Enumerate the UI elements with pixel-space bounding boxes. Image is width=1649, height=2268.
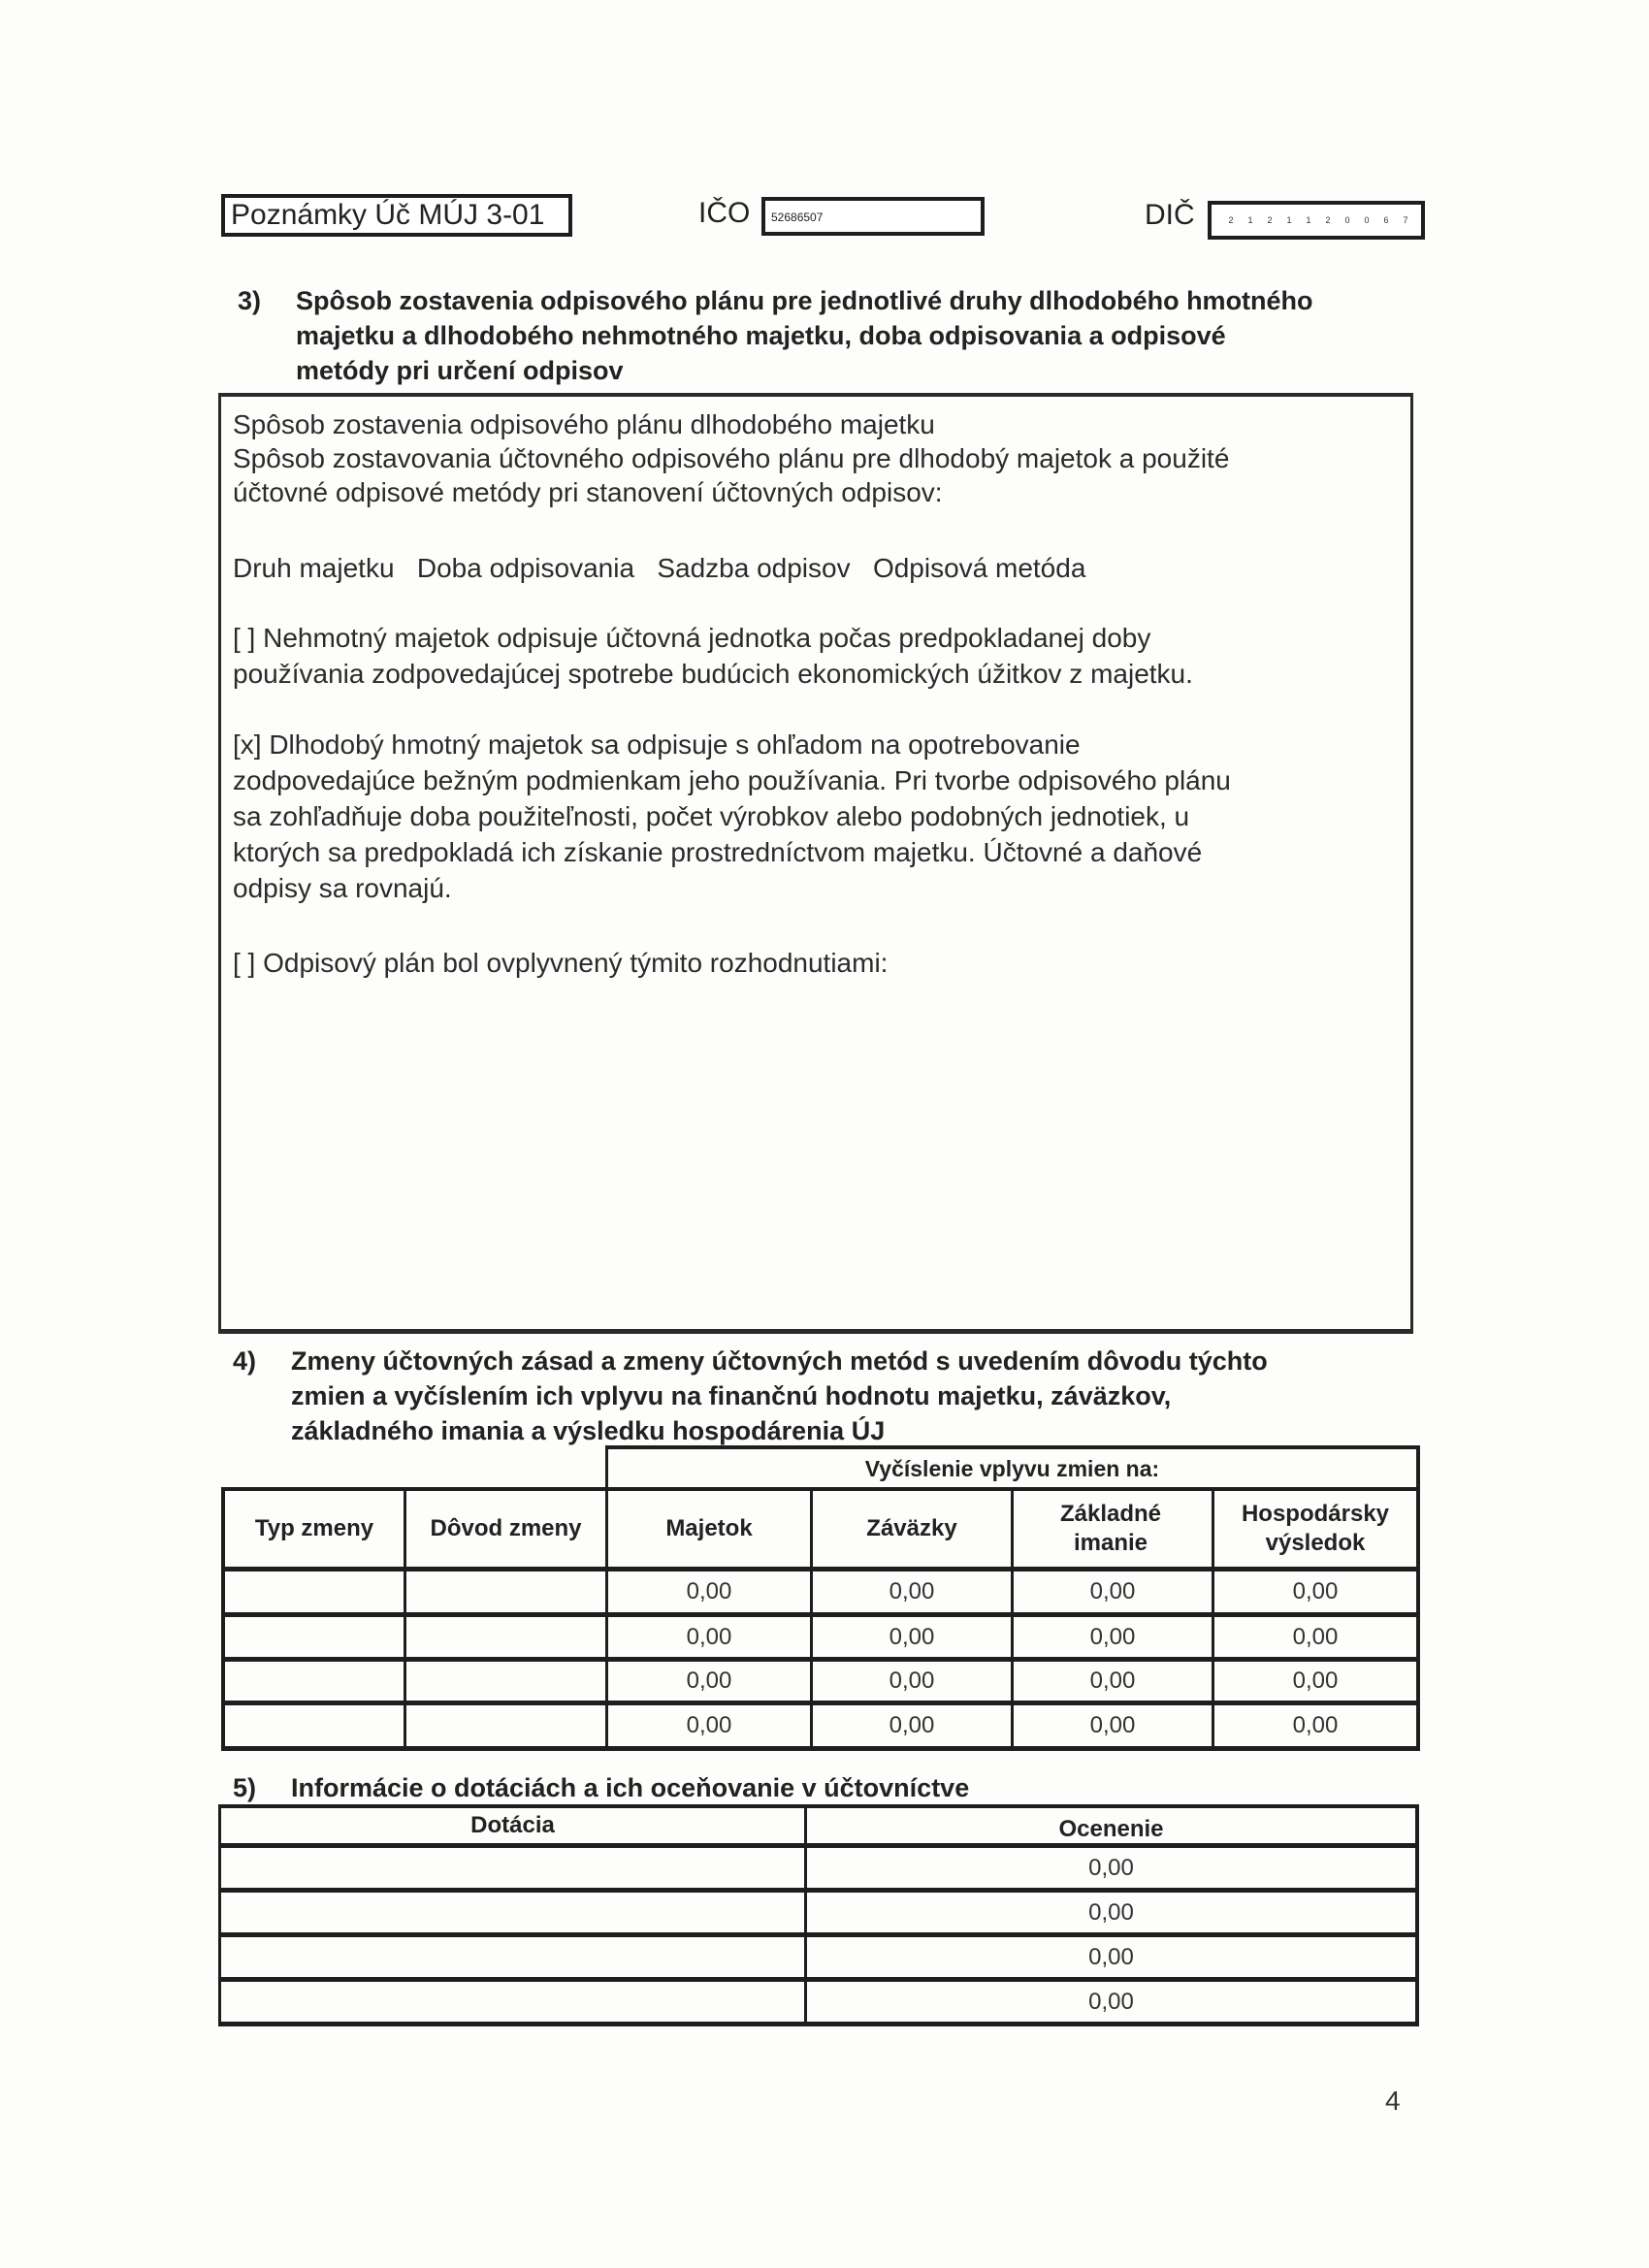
option-line: [ ] Odpisový plán bol ovplyvnený týmito …	[233, 945, 888, 981]
cell-reason[interactable]	[406, 1705, 605, 1746]
cell-reason[interactable]	[406, 1662, 605, 1701]
cell-result[interactable]: 0,00	[1214, 1705, 1416, 1746]
cell-assets[interactable]: 0,00	[608, 1617, 810, 1657]
cell-assets[interactable]: 0,00	[608, 1662, 810, 1701]
heading-line: metódy pri určení odpisov	[296, 353, 1313, 388]
page-number: 4	[1385, 2086, 1401, 2117]
cell-capital[interactable]: 0,00	[1014, 1617, 1212, 1657]
box-line: účtovné odpisové metódy pri stanovení úč…	[233, 474, 943, 510]
cell-liabilities[interactable]: 0,00	[813, 1571, 1011, 1612]
option-intangible[interactable]: [ ] Nehmotný majetok odpisuje účtovná je…	[233, 620, 1193, 692]
cell-capital[interactable]: 0,00	[1014, 1705, 1212, 1746]
heading-line: zmien a vyčíslením ich vplyvu na finančn…	[291, 1378, 1268, 1413]
option-decisions[interactable]: [ ] Odpisový plán bol ovplyvnený týmito …	[233, 945, 888, 981]
dic-digit: 0	[1357, 205, 1376, 236]
cell-type[interactable]	[225, 1617, 404, 1657]
depreciation-plan-box: Spôsob zostavenia odpisového plánu dlhod…	[218, 393, 1413, 1334]
dic-digit: 2	[1318, 205, 1338, 236]
dic-digit: 2	[1221, 205, 1241, 236]
cell-type[interactable]	[225, 1662, 404, 1701]
cell-subsidy[interactable]	[221, 1982, 804, 2022]
col-header-result: Hospodársky výsledok	[1214, 1491, 1416, 1567]
cell-result[interactable]: 0,00	[1214, 1662, 1416, 1701]
option-line: odpisy sa rovnajú.	[233, 870, 1231, 906]
cell-valuation[interactable]: 0,00	[807, 1937, 1415, 1977]
dic-digit: 6	[1376, 205, 1396, 236]
dic-field[interactable]: 2121120067	[1208, 201, 1425, 240]
heading-line: Spôsob zostavenia odpisového plánu pre j…	[296, 283, 1313, 318]
ico-value: 52686507	[771, 211, 823, 224]
option-tangible[interactable]: [x] Dlhodobý hmotný majetok sa odpisuje …	[233, 727, 1231, 906]
dic-digit: 1	[1299, 205, 1318, 236]
option-line: [ ] Nehmotný majetok odpisuje účtovná je…	[233, 620, 1193, 656]
cell-subsidy[interactable]	[221, 1893, 804, 1932]
cell-type[interactable]	[225, 1571, 404, 1612]
dic-digit: 7	[1396, 205, 1415, 236]
heading-line: Informácie o dotáciách a ich oceňovanie …	[291, 1770, 969, 1805]
form-title: Poznámky Úč MÚJ 3-01	[231, 199, 544, 231]
heading-line: Zmeny účtovných zásad a zmeny účtovných …	[291, 1344, 1268, 1378]
dic-digit: 1	[1241, 205, 1260, 236]
cell-subsidy[interactable]	[221, 1848, 804, 1888]
cell-assets[interactable]: 0,00	[608, 1705, 810, 1746]
cell-valuation[interactable]: 0,00	[807, 1848, 1415, 1888]
option-line: používania zodpovedajúcej spotrebe budúc…	[233, 656, 1193, 692]
cell-type[interactable]	[225, 1705, 404, 1746]
dic-digit: 1	[1279, 205, 1299, 236]
cell-assets[interactable]: 0,00	[608, 1571, 810, 1612]
option-line: zodpovedajúce bežným podmienkam jeho pou…	[233, 762, 1231, 798]
section-number: 3)	[238, 283, 261, 318]
cell-reason[interactable]	[406, 1617, 605, 1657]
col-header-assets: Majetok	[608, 1491, 810, 1567]
ico-field[interactable]: 52686507	[761, 197, 985, 236]
cell-result[interactable]: 0,00	[1214, 1617, 1416, 1657]
cell-liabilities[interactable]: 0,00	[813, 1617, 1011, 1657]
section-number: 5)	[233, 1770, 256, 1805]
col-header-subsidy: Dotácia	[221, 1808, 804, 1843]
cell-capital[interactable]: 0,00	[1014, 1571, 1212, 1612]
col-header-reason: Dôvod zmeny	[406, 1491, 605, 1567]
cell-reason[interactable]	[406, 1571, 605, 1612]
dic-digit: 2	[1260, 205, 1279, 236]
cell-subsidy[interactable]	[221, 1937, 804, 1977]
box-line: Spôsob zostavovania účtovného odpisového…	[233, 440, 1229, 476]
dic-digit: 0	[1338, 205, 1357, 236]
col-header-type: Typ zmeny	[225, 1491, 404, 1567]
cell-valuation[interactable]: 0,00	[807, 1982, 1415, 2022]
heading-line: majetku a dlhodobého nehmotného majetku,…	[296, 318, 1313, 353]
cell-liabilities[interactable]: 0,00	[813, 1662, 1011, 1701]
option-line: sa zohľadňuje doba použiteľnosti, počet …	[233, 798, 1231, 834]
cell-capital[interactable]: 0,00	[1014, 1662, 1212, 1701]
heading-line: základného imania a výsledku hospodáreni…	[291, 1413, 1268, 1448]
cell-result[interactable]: 0,00	[1214, 1571, 1416, 1612]
col-header-valuation: Ocenenie	[807, 1812, 1415, 1847]
col-header-liabilities: Záväzky	[813, 1491, 1011, 1567]
col-header-capital: Základné imanie	[1038, 1491, 1183, 1567]
cell-valuation[interactable]: 0,00	[807, 1893, 1415, 1932]
option-line: ktorých sa predpokladá ich získanie pros…	[233, 834, 1231, 870]
section-number: 4)	[233, 1344, 256, 1378]
ico-label: IČO	[698, 197, 750, 230]
dic-label: DIČ	[1145, 199, 1195, 232]
columns-line: Druh majetku Doba odpisovania Sadzba odp…	[233, 550, 1085, 586]
group-header: Vyčíslenie vplyvu zmien na:	[608, 1449, 1416, 1487]
option-line: [x] Dlhodobý hmotný majetok sa odpisuje …	[233, 727, 1231, 762]
cell-liabilities[interactable]: 0,00	[813, 1705, 1011, 1746]
form-title-box: Poznámky Úč MÚJ 3-01	[221, 194, 572, 237]
box-line: Spôsob zostavenia odpisového plánu dlhod…	[233, 406, 935, 442]
